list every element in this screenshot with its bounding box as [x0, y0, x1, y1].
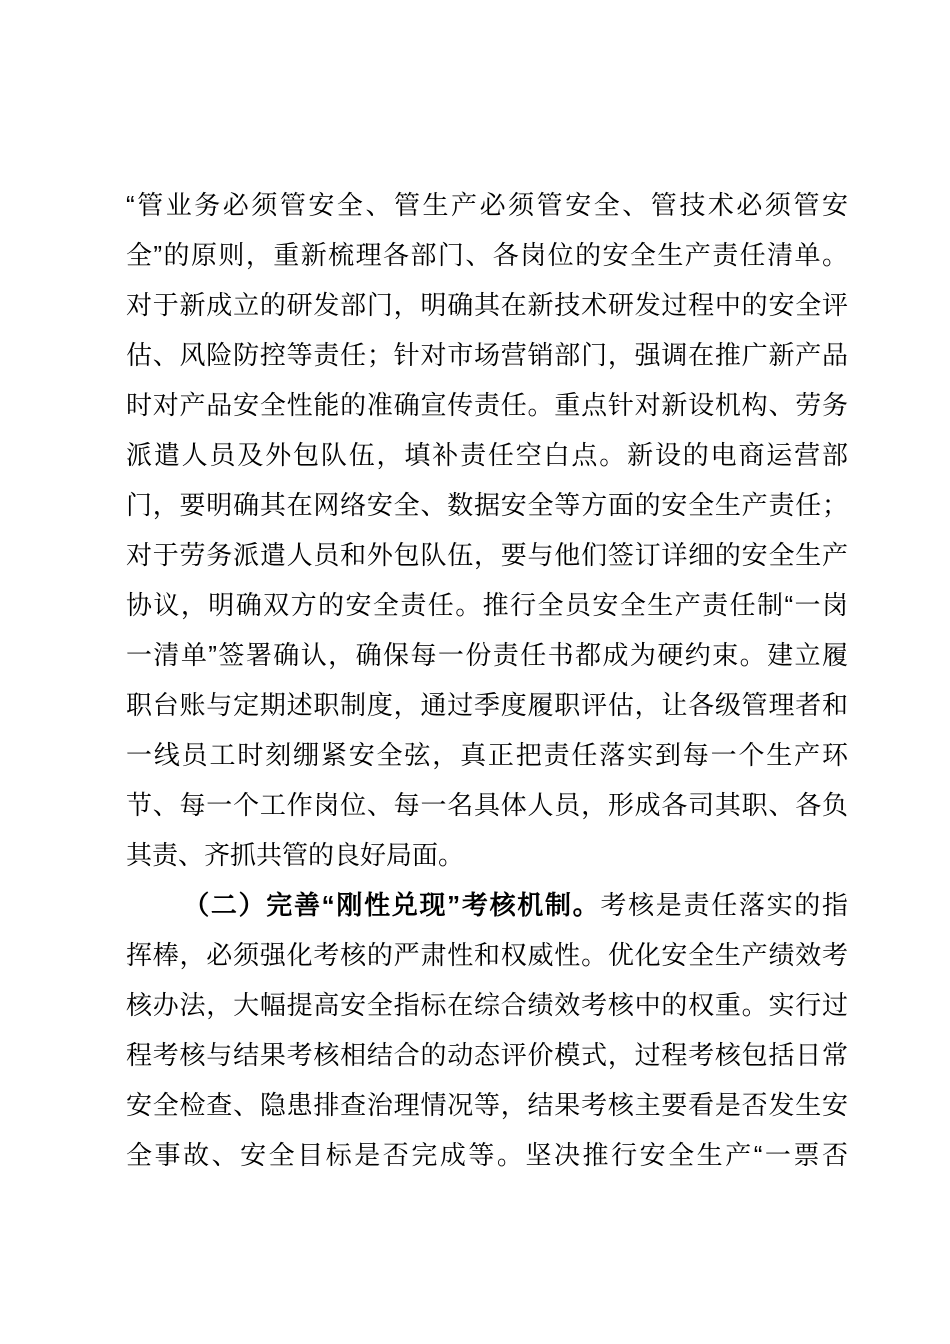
- text-line: 其责、齐抓共管的良好局面。: [126, 830, 848, 880]
- body-text: 估、风险防控等责任；针对市场营销部门，强调在推广新产品: [126, 340, 848, 370]
- body-text: 对于新成立的研发部门，明确其在新技术研发过程中的安全评: [126, 290, 848, 320]
- text-line: 协议，明确双方的安全责任。推行全员安全生产责任制“一岗: [126, 580, 848, 630]
- text-line: 节、每一个工作岗位、每一名具体人员，形成各司其职、各负: [126, 780, 848, 830]
- text-line: 程考核与结果考核相结合的动态评价模式，过程考核包括日常: [126, 1030, 848, 1080]
- body-text: 节、每一个工作岗位、每一名具体人员，形成各司其职、各负: [126, 790, 848, 820]
- body-text: “管业务必须管安全、管生产必须管安全、管技术必须管安: [126, 190, 848, 220]
- text-line: 全事故、安全目标是否完成等。坚决推行安全生产“一票否: [126, 1130, 848, 1180]
- text-line: 一清单”签署确认，确保每一份责任书都成为硬约束。建立履: [126, 630, 848, 680]
- body-text: 时对产品安全性能的准确宣传责任。重点针对新设机构、劳务: [126, 390, 848, 420]
- text-line: 时对产品安全性能的准确宣传责任。重点针对新设机构、劳务: [126, 380, 848, 430]
- text-line: 核办法，大幅提高安全指标在综合绩效考核中的权重。实行过: [126, 980, 848, 1030]
- body-text: 核办法，大幅提高安全指标在综合绩效考核中的权重。实行过: [126, 990, 848, 1020]
- text-line: 安全检查、隐患排查治理情况等，结果考核主要看是否发生安: [126, 1080, 848, 1130]
- body-text: 协议，明确双方的安全责任。推行全员安全生产责任制“一岗: [126, 590, 848, 620]
- text-line: 对于新成立的研发部门，明确其在新技术研发过程中的安全评: [126, 280, 848, 330]
- body-text: 全”的原则，重新梳理各部门、各岗位的安全生产责任清单。: [126, 240, 848, 270]
- body-text: 职台账与定期述职制度，通过季度履职评估，让各级管理者和: [126, 690, 848, 720]
- body-text: 其责、齐抓共管的良好局面。: [126, 840, 464, 870]
- text-line: 一线员工时刻绷紧安全弦，真正把责任落实到每一个生产环: [126, 730, 848, 780]
- text-line: 派遣人员及外包队伍，填补责任空白点。新设的电商运营部: [126, 430, 848, 480]
- text-line: 挥棒，必须强化考核的严肃性和权威性。优化安全生产绩效考: [126, 930, 848, 980]
- body-text: 一线员工时刻绷紧安全弦，真正把责任落实到每一个生产环: [126, 740, 848, 770]
- body-text: 一清单”签署确认，确保每一份责任书都成为硬约束。建立履: [126, 640, 848, 670]
- text-line: 门，要明确其在网络安全、数据安全等方面的安全生产责任；: [126, 480, 848, 530]
- document-page: “管业务必须管安全、管生产必须管安全、管技术必须管安全”的原则，重新梳理各部门、…: [0, 0, 950, 1344]
- body-text: 考核是责任落实的指: [600, 890, 848, 920]
- body-text: 全事故、安全目标是否完成等。坚决推行安全生产“一票否: [126, 1140, 848, 1170]
- body-text: 程考核与结果考核相结合的动态评价模式，过程考核包括日常: [126, 1040, 848, 1070]
- section-heading-bold: （二）完善“刚性兑现”考核机制。: [183, 890, 600, 920]
- body-text: 派遣人员及外包队伍，填补责任空白点。新设的电商运营部: [126, 440, 848, 470]
- text-line: 全”的原则，重新梳理各部门、各岗位的安全生产责任清单。: [126, 230, 848, 280]
- text-line: 对于劳务派遣人员和外包队伍，要与他们签订详细的安全生产: [126, 530, 848, 580]
- body-text: 挥棒，必须强化考核的严肃性和权威性。优化安全生产绩效考: [126, 940, 848, 970]
- document-text-block: “管业务必须管安全、管生产必须管安全、管技术必须管安全”的原则，重新梳理各部门、…: [126, 180, 848, 1180]
- text-line: （二）完善“刚性兑现”考核机制。考核是责任落实的指: [126, 880, 848, 930]
- text-line: 估、风险防控等责任；针对市场营销部门，强调在推广新产品: [126, 330, 848, 380]
- text-line: 职台账与定期述职制度，通过季度履职评估，让各级管理者和: [126, 680, 848, 730]
- body-text: 门，要明确其在网络安全、数据安全等方面的安全生产责任；: [126, 490, 848, 520]
- text-line: “管业务必须管安全、管生产必须管安全、管技术必须管安: [126, 180, 848, 230]
- body-text: 对于劳务派遣人员和外包队伍，要与他们签订详细的安全生产: [126, 540, 848, 570]
- body-text: 安全检查、隐患排查治理情况等，结果考核主要看是否发生安: [126, 1090, 848, 1120]
